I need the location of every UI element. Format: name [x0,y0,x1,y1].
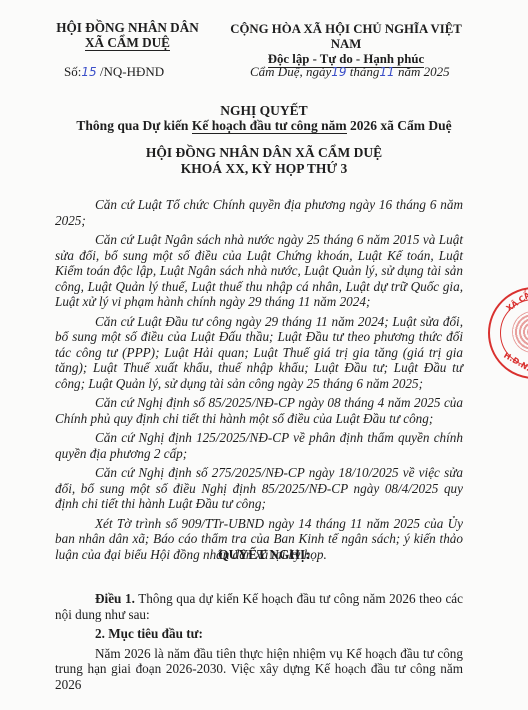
national-title: CỘNG HÒA XÃ HỘI CHỦ NGHĨA VIỆT NAM [222,22,470,52]
article-1: Điều 1. Thông qua dự kiến Kế hoạch đầu t… [55,591,463,622]
preamble-item: Căn cứ Luật Ngân sách nhà nước ngày 25 t… [55,232,463,310]
doc-type-title: NGHỊ QUYẾT [0,103,528,119]
document-number: Số:15 /NQ-HĐND [64,64,164,80]
issuer-commune: XÃ CẨM DUỆ [85,35,170,51]
number-prefix: Số: [64,64,81,79]
national-header: CỘNG HÒA XÃ HỘI CHỦ NGHĨA VIỆT NAM Độc l… [222,22,470,68]
section-2-heading: 2. Mục tiêu đầu tư: [55,626,463,642]
number-suffix: /NQ-HĐND [97,64,165,79]
handwritten-number: 15 [81,65,96,79]
doc-subject-text: Thông qua Dự kiến Kế hoạch đầu tư công n… [76,118,451,134]
preamble: Căn cứ Luật Tổ chức Chính quyền địa phươ… [55,197,463,566]
preamble-item: Căn cứ Nghị định số 275/2025/NĐ-CP ngày … [55,465,463,512]
date-place: Cẩm Duệ, ngày [250,64,331,79]
date-month-label: tháng [347,64,380,79]
section-2-text: Năm 2026 là năm đầu tiên thực hiện nhiệm… [55,646,463,693]
decision-body: Điều 1. Thông qua dự kiến Kế hoạch đầu t… [55,591,463,696]
official-seal: XÃ CẨM H.Đ.N.D [488,287,528,379]
document-date: Cẩm Duệ, ngày19 tháng11 năm 2025 [250,64,450,80]
issuer-council: HỘI ĐỒNG NHÂN DÂN [40,20,215,35]
preamble-item: Căn cứ Luật Tổ chức Chính quyền địa phươ… [55,197,463,228]
doc-subject: Thông qua Dự kiến Kế hoạch đầu tư công n… [0,118,528,134]
article-1-label: Điều 1. [95,591,135,606]
preamble-item: Căn cứ Nghị định 125/2025/NĐ-CP về phân … [55,430,463,461]
preamble-item: Căn cứ Luật Đầu tư công ngày 29 tháng 11… [55,314,463,392]
handwritten-month: 11 [379,65,394,79]
preamble-item: Căn cứ Nghị định số 85/2025/NĐ-CP ngày 0… [55,395,463,426]
issuing-body: HỘI ĐỒNG NHÂN DÂN XÃ CẨM DUỆ [0,145,528,161]
session-title: KHOÁ XX, KỲ HỌP THỨ 3 [0,161,528,177]
date-year: năm 2025 [395,64,450,79]
issuer-header: HỘI ĐỒNG NHÂN DÂN XÃ CẨM DUỆ [40,20,215,51]
handwritten-day: 19 [331,65,346,79]
decision-heading: QUYẾT NGHỊ: [0,547,528,563]
